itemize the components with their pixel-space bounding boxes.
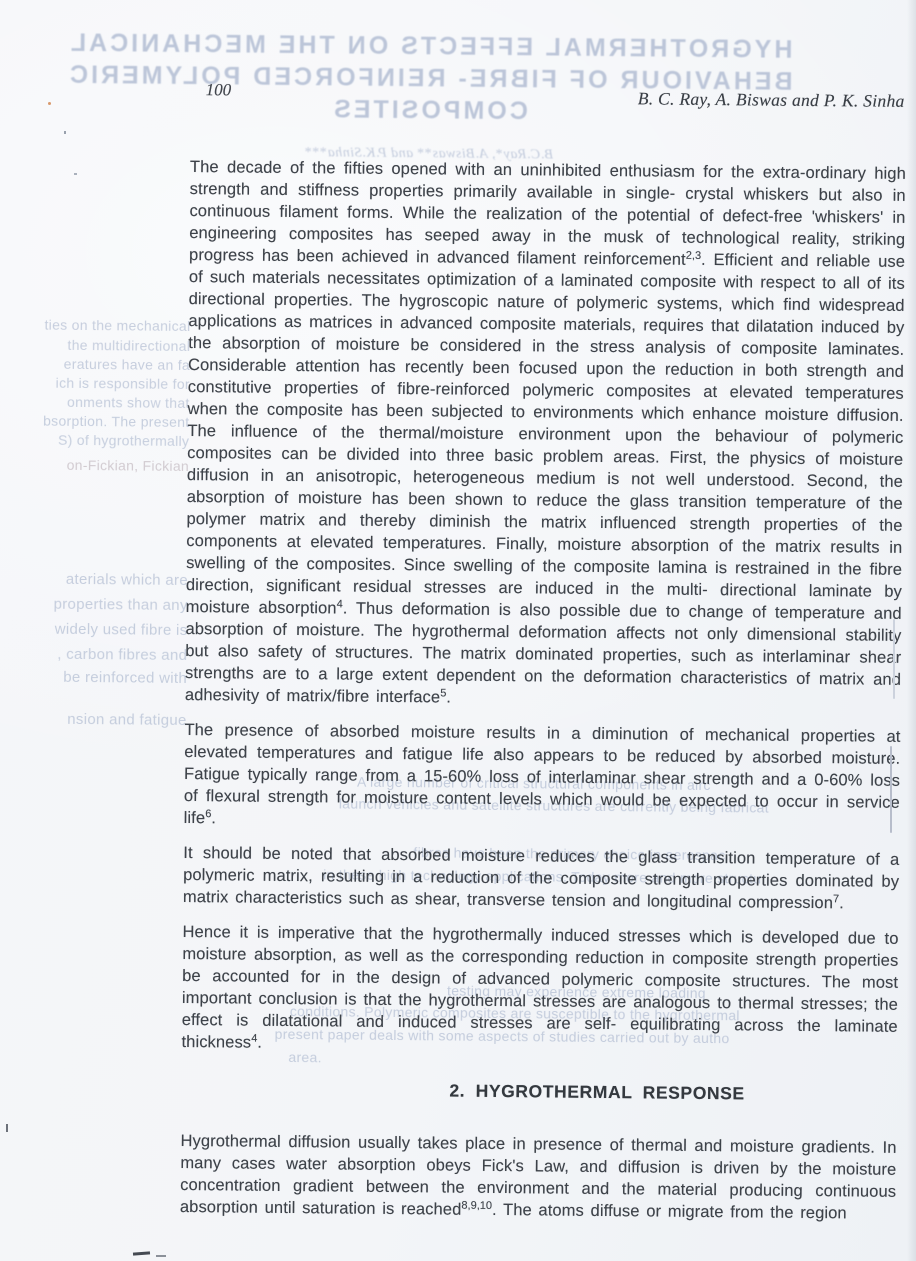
scan-crease-line	[890, 746, 892, 833]
paragraph: The presence of absorbed moisture result…	[184, 719, 901, 836]
bleed-through-text: ties on the mechanical	[44, 317, 190, 334]
paragraph: The decade of the fifties opened with an…	[185, 156, 906, 713]
ink-speck	[74, 173, 77, 175]
paragraph: Hence it is imperative that the hygrothe…	[181, 921, 898, 1060]
page-content: HYGROTHERMAL EFFECTS ON THE MECHANICAL B…	[0, 0, 916, 1261]
bleed-through-fragments: ties on the mechanicalthe multidirection…	[2, 0, 916, 7]
bleed-through-text: eratures have an fa	[64, 356, 190, 373]
paragraph: It should be noted that absorbed moistur…	[183, 842, 900, 915]
page-number: 100	[206, 80, 232, 100]
bleed-through-text: widely used fibre is	[55, 621, 188, 639]
bleed-through-text: the multidirectional	[67, 337, 190, 354]
ink-speck	[497, 751, 500, 754]
bleed-through-text: nsion and fatigue	[67, 711, 187, 729]
scan-crease-line	[893, 619, 895, 699]
bleed-through-text: on-Fickian, Fickian	[67, 457, 190, 474]
ink-speck	[48, 102, 51, 105]
section-heading: 2. HYGROTHERMAL RESPONSE	[181, 1078, 897, 1106]
bleed-through-text: be reinforced with	[63, 669, 187, 687]
ink-speck	[6, 1124, 8, 1132]
bleed-through-text: bsorption. The present	[43, 413, 190, 430]
bleed-through-text: ich is responsible for	[56, 375, 190, 392]
paragraph: Hygrothermal diffusion usually takes pla…	[180, 1130, 897, 1225]
running-head-authors: B. C. Ray, A. Biswas and P. K. Sinha	[638, 88, 905, 112]
pen-dash-mark	[156, 1255, 166, 1257]
bleed-through-text: properties than any	[54, 596, 188, 614]
body-text-column: The decade of the fifties opened with an…	[180, 156, 906, 1238]
page-edge-shadow	[907, 0, 916, 1261]
scanned-paper-page: HYGROTHERMAL EFFECTS ON THE MECHANICAL B…	[0, 0, 916, 1261]
ink-speck	[64, 131, 66, 134]
bleed-through-text: aterials which are	[66, 571, 188, 589]
bleed-through-text: , carbon fibres and	[57, 646, 187, 664]
bleed-through-text: S) of hygrothermally	[58, 432, 189, 449]
bleed-through-text: onments show that	[67, 394, 190, 411]
